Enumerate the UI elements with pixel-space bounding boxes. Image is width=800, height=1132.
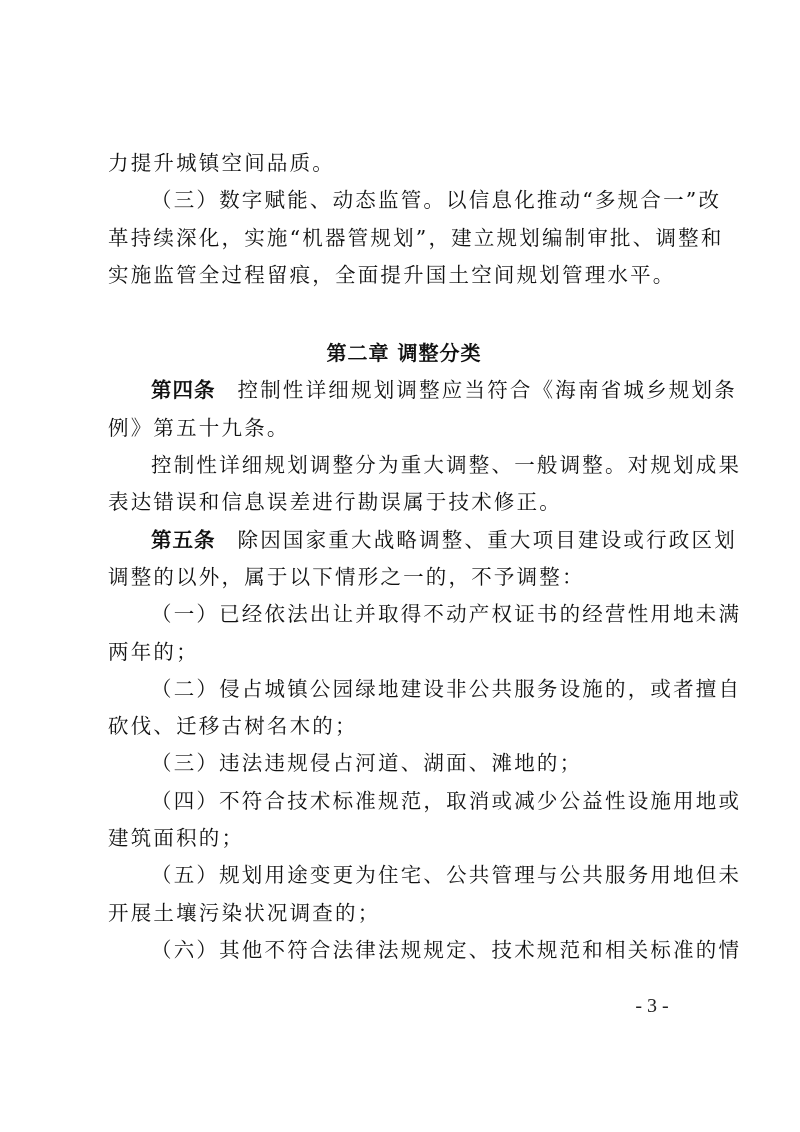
list-item-2-cont: 砍伐、迁移古树名木的；	[108, 708, 700, 745]
article-4-label: 第四条	[151, 378, 216, 402]
body-text-line: 力提升城镇空间品质。	[108, 145, 700, 182]
article-5-text: 除因国家重大战略调整、重大项目建设或行政区划	[238, 528, 737, 552]
body-text-line: 调整的以外，属于以下情形之一的，不予调整：	[108, 559, 700, 596]
article-4-line: 第四条控制性详细规划调整应当符合《海南省城乡规划条	[108, 372, 700, 409]
page-number: - 3 -	[612, 995, 692, 1018]
list-item-6: （六）其他不符合法律法规规定、技术规范和相关标准的情	[108, 932, 700, 969]
list-item-2: （二）侵占城镇公园绿地建设非公共服务设施的，或者擅自	[108, 671, 700, 708]
article-4-text: 控制性详细规划调整应当符合《海南省城乡规划条	[238, 378, 737, 402]
list-item-5-cont: 开展土壤污染状况调查的；	[108, 895, 700, 932]
list-item-1-cont: 两年的；	[108, 634, 700, 671]
body-text-line: （三）数字赋能、动态监管。以信息化推动“多规合一”改	[108, 182, 700, 219]
document-page: 力提升城镇空间品质。 （三）数字赋能、动态监管。以信息化推动“多规合一”改 革持…	[108, 145, 700, 969]
list-item-5: （五）规划用途变更为住宅、公共管理与公共服务用地但未	[108, 857, 700, 894]
chapter-heading: 第二章 调整分类	[108, 335, 700, 372]
body-text-line: 例》第五十九条。	[108, 410, 700, 447]
list-item-4-cont: 建筑面积的；	[108, 820, 700, 857]
list-item-1: （一）已经依法出让并取得不动产权证书的经营性用地未满	[108, 596, 700, 633]
body-text-line: 革持续深化，实施“机器管规划”，建立规划编制审批、调整和	[108, 220, 700, 257]
body-text-line: 控制性详细规划调整分为重大调整、一般调整。对规划成果	[108, 447, 700, 484]
list-item-3: （三）违法违规侵占河道、湖面、滩地的；	[108, 745, 700, 782]
article-5-label: 第五条	[151, 528, 216, 552]
body-text-line: 实施监管全过程留痕，全面提升国土空间规划管理水平。	[108, 257, 700, 294]
list-item-4: （四）不符合技术标准规范，取消或减少公益性设施用地或	[108, 783, 700, 820]
body-text-line: 表达错误和信息误差进行勘误属于技术修正。	[108, 484, 700, 521]
article-5-line: 第五条除因国家重大战略调整、重大项目建设或行政区划	[108, 522, 700, 559]
